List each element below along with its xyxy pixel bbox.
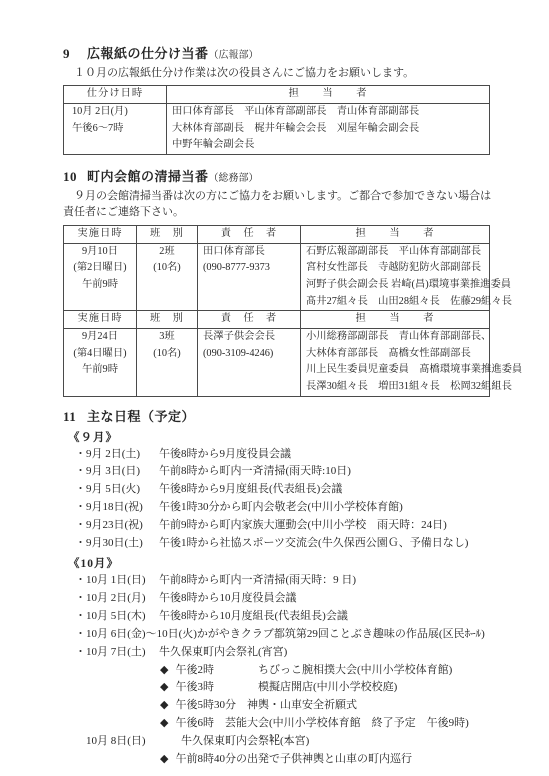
date-line: 9月10日 bbox=[69, 244, 131, 261]
festival-sub-text: 午後2時 ちびっこ腕相撲大会(中川小学校体育館) bbox=[175, 662, 452, 680]
schedule-desc: 午前8時から町内一斉清掃(雨天時：9 日) bbox=[159, 572, 356, 590]
cleaning-group-cell: 2班 (10名) bbox=[137, 243, 198, 311]
member-line: 長澤30組々長 増田31組々長 松岡32組組長 bbox=[306, 379, 484, 396]
schedule-date: ・10月 5日(木) bbox=[75, 608, 159, 626]
september-label: 《９月》 bbox=[68, 429, 513, 445]
cleaning-duty-table-1: 実施日時 班 別 責 任 者 担 当 者 9月10日 (第2日曜日) 午前9時 … bbox=[63, 225, 490, 311]
cleaning-header-group: 班 別 bbox=[137, 311, 198, 329]
group-line: 3班 bbox=[142, 329, 192, 346]
schedule-item: ・9月30日(土) 午後1時から社協スポーツ交流会(牛久保西公園Ｇ、予備日なし) bbox=[75, 535, 513, 553]
schedule-date: ・9月 2日(土) bbox=[75, 446, 159, 464]
sorting-duty-datetime-cell: 10月 2日(月) 午後6～7時 bbox=[64, 104, 167, 155]
section-9: 9広報紙の仕分け当番（広報部） １０月の広報紙仕分け作業は次の役員さんにご協力を… bbox=[63, 46, 513, 155]
october-label: 《10月》 bbox=[68, 555, 513, 571]
section-10-title: 町内会館の清掃当番 bbox=[87, 169, 209, 184]
sorting-duty-data-row: 10月 2日(月) 午後6～7時 田口体育部長 平山体育部副部長 青山体育部副部… bbox=[64, 104, 490, 155]
festival-sub-item: ◆ 午前8時40分の出発で子供神輿と山車の町内巡行 bbox=[160, 751, 513, 769]
member-line: 田口体育部長 平山体育部副部長 青山体育部副部長 bbox=[172, 104, 484, 121]
member-line: 髙井27組々長 山田28組々長 佐藤29組々長 bbox=[306, 294, 484, 311]
sorting-duty-time-line: 午後6～7時 bbox=[72, 121, 161, 138]
leader-phone: (090-8777-9373 bbox=[203, 260, 295, 277]
section-9-heading: 9広報紙の仕分け当番（広報部） bbox=[63, 46, 513, 63]
schedule-item: ・10月 5日(木) 午後8時から10月度組長(代表組長)会議 bbox=[75, 608, 513, 626]
group-line: (10名) bbox=[142, 260, 192, 277]
schedule-desc: 午後8時から9月度役員会議 bbox=[159, 446, 291, 464]
member-line: 宮村女性部長 寺越防犯防火部副部長 bbox=[306, 260, 484, 277]
schedule-date: ・9月23日(祝) bbox=[75, 517, 159, 535]
member-line: 河野子供会副会長 岩崎(昌)環境事業推進委員 bbox=[306, 277, 484, 294]
date-line: 午前9時 bbox=[69, 362, 131, 379]
sorting-duty-header-members: 担 当 者 bbox=[167, 86, 490, 104]
schedule-date: ・9月 3日(日) bbox=[75, 463, 159, 481]
schedule-item: ・10月 1日(日) 午前8時から町内一斉清掃(雨天時：9 日) bbox=[75, 572, 513, 590]
section-11-heading: 11主な日程（予定） bbox=[63, 409, 513, 426]
date-line: (第2日曜日) bbox=[69, 260, 131, 277]
section-10-number: 10 bbox=[63, 169, 87, 186]
cleaning-group-cell: 3班 (10名) bbox=[137, 329, 198, 397]
cleaning-header-members: 担 当 者 bbox=[301, 311, 490, 329]
diamond-bullet-icon: ◆ bbox=[160, 751, 168, 769]
festival-sub-text: 午後6時 芸能大会(中川小学校体育館 終了予定 午後9時) bbox=[175, 715, 468, 733]
festival-sub-text: 午後5時30分 神輿・山車安全祈願式 bbox=[175, 697, 357, 715]
cleaning-header-date: 実施日時 bbox=[64, 225, 137, 243]
cleaning-duty-header-row: 実施日時 班 別 責 任 者 担 当 者 bbox=[64, 225, 490, 243]
schedule-desc: 牛久保東町内会祭礼(宵宮) bbox=[159, 644, 287, 662]
schedule-date: ・9月30日(土) bbox=[75, 535, 159, 553]
festival-sub-item: ◆ 午後5時30分 神輿・山車安全祈願式 bbox=[160, 697, 513, 715]
member-line: 大林体育部副長 梶井年輪会会長 刈屋年輪会副会長 bbox=[172, 121, 484, 138]
section-11: 11主な日程（予定） 《９月》 ・9月 2日(土) 午後8時から9月度役員会議 … bbox=[63, 409, 513, 769]
schedule-desc: 午後8時から9月度組長(代表組長)会議 bbox=[159, 481, 342, 499]
cleaning-duty-data-row: 9月24日 (第4日曜日) 午前9時 3班 (10名) 長澤子供会会長 (090… bbox=[64, 329, 490, 397]
section-11-number: 11 bbox=[63, 409, 87, 426]
festival-sub-text: 午前8時40分の出発で子供神輿と山車の町内巡行 bbox=[175, 751, 412, 769]
cleaning-header-group: 班 別 bbox=[137, 225, 198, 243]
date-line: (第4日曜日) bbox=[69, 346, 131, 363]
cleaning-duty-data-row: 9月10日 (第2日曜日) 午前9時 2班 (10名) 田口体育部長 (090-… bbox=[64, 243, 490, 311]
schedule-date: ・10月 1日(日) bbox=[75, 572, 159, 590]
schedule-desc: 午後8時から10月度組長(代表組長)会議 bbox=[159, 608, 348, 626]
schedule-item: ・9月23日(祝) 午前9時から町内家族大運動会(中川小学校 雨天時：24日) bbox=[75, 517, 513, 535]
cleaning-header-leader: 責 任 者 bbox=[198, 311, 301, 329]
schedule-desc: 午後1時から社協スポーツ交流会(牛久保西公園Ｇ、予備日なし) bbox=[159, 535, 468, 553]
cleaning-leader-cell: 田口体育部長 (090-8777-9373 bbox=[198, 243, 301, 311]
schedule-date: ・9月18日(祝) bbox=[75, 499, 159, 517]
member-line: 石野広報部副部長 平山体育部副部長 bbox=[306, 244, 484, 261]
schedule-desc: 午前8時から町内一斉清掃(雨天時:10日) bbox=[159, 463, 351, 481]
schedule-item: ・10月 6日(金)～10日(火) かがやきクラブ都筑第29回ことぶき趣味の作品… bbox=[75, 626, 513, 644]
festival-sub-item: ◆ 午後3時 模擬店開店(中川小学校校庭) bbox=[160, 679, 513, 697]
diamond-bullet-icon: ◆ bbox=[160, 679, 168, 697]
section-9-department: （広報部） bbox=[209, 50, 259, 61]
diamond-bullet-icon: ◆ bbox=[160, 715, 168, 733]
section-10-department: （総務部） bbox=[209, 173, 259, 184]
member-line: 小川総務部副部長 青山体育部副部長、 bbox=[306, 329, 484, 346]
member-line: 川上民生委員児童委員 髙橋環境事業推進委員 bbox=[306, 362, 484, 379]
leader-line: 長澤子供会会長 bbox=[203, 329, 295, 346]
member-line: 大林体育部部長 髙橋女性部副部長 bbox=[306, 346, 484, 363]
cleaning-duty-header-row: 実施日時 班 別 責 任 者 担 当 者 bbox=[64, 311, 490, 329]
leader-line: 田口体育部長 bbox=[203, 244, 295, 261]
festival-sub-text: 午後3時 模擬店開店(中川小学校校庭) bbox=[175, 679, 397, 697]
schedule-desc: かがやきクラブ都筑第29回ことぶき趣味の作品展(区民ﾎｰﾙ) bbox=[197, 626, 485, 644]
section-11-title: 主な日程（予定） bbox=[87, 409, 195, 424]
member-line: 中野年輪会副会長 bbox=[172, 137, 484, 154]
festival-sub-item: ◆ 午後6時 芸能大会(中川小学校体育館 終了予定 午後9時) bbox=[160, 715, 513, 733]
schedule-item: ・9月 3日(日) 午前8時から町内一斉清掃(雨天時:10日) bbox=[75, 463, 513, 481]
sorting-duty-date-line: 10月 2日(月) bbox=[72, 104, 161, 121]
section-10-heading: 10町内会館の清掃当番（総務部） bbox=[63, 169, 513, 186]
cleaning-header-leader: 責 任 者 bbox=[198, 225, 301, 243]
leader-phone: (090-3109-4246) bbox=[203, 346, 295, 363]
schedule-desc: 午前9時から町内家族大運動会(中川小学校 雨天時：24日) bbox=[159, 517, 447, 535]
date-line: 9月24日 bbox=[69, 329, 131, 346]
festival-sub-item: ◆ 午後2時 ちびっこ腕相撲大会(中川小学校体育館) bbox=[160, 662, 513, 680]
section-9-number: 9 bbox=[63, 46, 87, 63]
schedule-date: ・10月 6日(金)～10日(火) bbox=[75, 626, 197, 644]
diamond-bullet-icon: ◆ bbox=[160, 697, 168, 715]
section-10-intro: ９月の会館清掃当番は次の方にご協力をお願いします。ご都合で参加できない場合は責任… bbox=[63, 188, 499, 221]
schedule-item: ・9月18日(祝) 午後1時30分から町内会敬老会(中川小学校体育館) bbox=[75, 499, 513, 517]
page-number: - 12 - bbox=[0, 733, 549, 744]
sorting-duty-members-cell: 田口体育部長 平山体育部副部長 青山体育部副部長 大林体育部副長 梶井年輪会会長… bbox=[167, 104, 490, 155]
date-line: 午前9時 bbox=[69, 277, 131, 294]
group-line: (10名) bbox=[142, 346, 192, 363]
cleaning-members-cell: 小川総務部副部長 青山体育部副部長、 大林体育部部長 髙橋女性部副部長 川上民生… bbox=[301, 329, 490, 397]
cleaning-header-date: 実施日時 bbox=[64, 311, 137, 329]
page-content: 9広報紙の仕分け当番（広報部） １０月の広報紙仕分け作業は次の役員さんにご協力を… bbox=[63, 46, 513, 768]
schedule-date: ・10月 2日(月) bbox=[75, 590, 159, 608]
cleaning-header-members: 担 当 者 bbox=[301, 225, 490, 243]
schedule-item: ・10月 7日(土) 牛久保東町内会祭礼(宵宮) bbox=[75, 644, 513, 662]
sorting-duty-header-row: 仕分け日時 担 当 者 bbox=[64, 86, 490, 104]
schedule-desc: 午後1時30分から町内会敬老会(中川小学校体育館) bbox=[159, 499, 403, 517]
schedule-desc: 午後8時から10月度役員会議 bbox=[159, 590, 297, 608]
diamond-bullet-icon: ◆ bbox=[160, 662, 168, 680]
cleaning-duty-table-2: 実施日時 班 別 責 任 者 担 当 者 9月24日 (第4日曜日) 午前9時 … bbox=[63, 310, 490, 396]
schedule-item: ・9月 2日(土) 午後8時から9月度役員会議 bbox=[75, 446, 513, 464]
schedule-date: ・10月 7日(土) bbox=[75, 644, 159, 662]
cleaning-members-cell: 石野広報部副部長 平山体育部副部長 宮村女性部長 寺越防犯防火部副部長 河野子供… bbox=[301, 243, 490, 311]
section-10: 10町内会館の清掃当番（総務部） ９月の会館清掃当番は次の方にご協力をお願いしま… bbox=[63, 169, 513, 397]
schedule-date: ・9月 5日(火) bbox=[75, 481, 159, 499]
cleaning-date-cell: 9月24日 (第4日曜日) 午前9時 bbox=[64, 329, 137, 397]
schedule-item: ・9月 5日(火) 午後8時から9月度組長(代表組長)会議 bbox=[75, 481, 513, 499]
sorting-duty-table: 仕分け日時 担 当 者 10月 2日(月) 午後6～7時 田口体育部長 平山体育… bbox=[63, 85, 490, 155]
cleaning-leader-cell: 長澤子供会会長 (090-3109-4246) bbox=[198, 329, 301, 397]
section-9-intro: １０月の広報紙仕分け作業は次の役員さんにご協力をお願いします。 bbox=[63, 65, 499, 82]
group-line: 2班 bbox=[142, 244, 192, 261]
cleaning-date-cell: 9月10日 (第2日曜日) 午前9時 bbox=[64, 243, 137, 311]
newsletter-page: 9広報紙の仕分け当番（広報部） １０月の広報紙仕分け作業は次の役員さんにご協力を… bbox=[0, 0, 549, 776]
sorting-duty-header-datetime: 仕分け日時 bbox=[64, 86, 167, 104]
schedule-item: ・10月 2日(月) 午後8時から10月度役員会議 bbox=[75, 590, 513, 608]
section-9-title: 広報紙の仕分け当番 bbox=[87, 46, 209, 61]
